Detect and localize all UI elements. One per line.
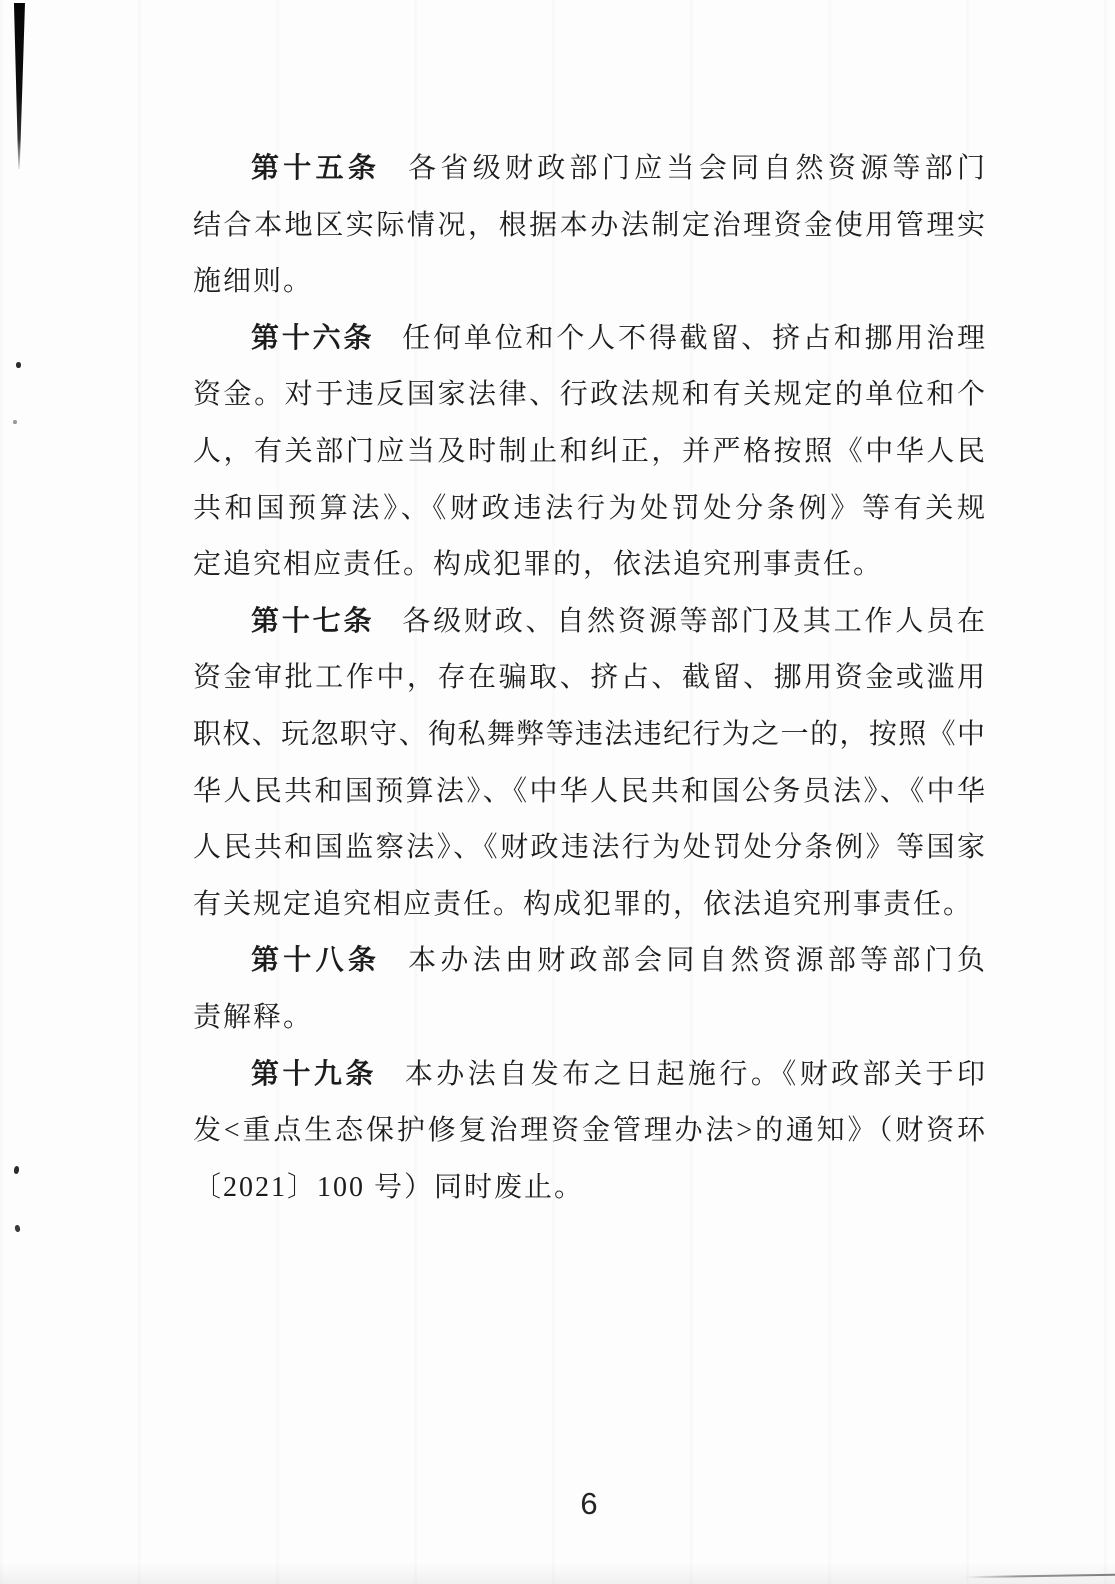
line-text: 人民共和国监察法》、《财政违法行为处罚处分条例》等国家	[193, 832, 985, 863]
text-line: 职权、玩忽职守、徇私舞弊等违法违纪行为之一的，按照《中	[193, 707, 985, 764]
line-text: 定追究相应责任。构成犯罪的，依法追究刑事责任。	[193, 549, 883, 580]
line-text: 本办法自发布之日起施行。《财政部关于印	[405, 1059, 985, 1090]
line-text: 〔2021〕100 号）同时废止。	[193, 1172, 584, 1203]
article-number: 第十九条	[251, 1059, 377, 1090]
article-first-line: 第十六条任何单位和个人不得截留、挤占和挪用治理	[193, 311, 985, 368]
line-text: 发<重点生态保护修复治理资金管理办法>的通知》（财资环	[193, 1115, 985, 1146]
text-line: 发<重点生态保护修复治理资金管理办法>的通知》（财资环	[193, 1103, 985, 1160]
scan-line-artifact	[965, 1574, 1115, 1579]
text-line: 共和国预算法》、《财政违法行为处罚处分条例》等有关规	[193, 481, 985, 538]
line-text: 有关规定追究相应责任。构成犯罪的，依法追究刑事责任。	[193, 889, 973, 920]
text-line: 华人民共和国预算法》、《中华人民共和国公务员法》、《中华	[193, 764, 985, 821]
text-line: 有关规定追究相应责任。构成犯罪的，依法追究刑事责任。	[193, 877, 985, 934]
article-first-line: 第十七条各级财政、自然资源等部门及其工作人员在	[193, 594, 985, 651]
scan-smear-artifact	[0, 1562, 1115, 1584]
scan-speck-artifact	[13, 1166, 19, 1175]
article-first-line: 第十九条本办法自发布之日起施行。《财政部关于印	[193, 1047, 985, 1104]
line-text: 华人民共和国预算法》、《中华人民共和国公务员法》、《中华	[193, 776, 985, 807]
scan-speck-artifact	[14, 1225, 20, 1233]
text-line: 定追究相应责任。构成犯罪的，依法追究刑事责任。	[193, 537, 985, 594]
line-text: 责解释。	[193, 1002, 313, 1033]
article-number: 第十七条	[251, 606, 374, 637]
text-line: 人，有关部门应当及时制止和纠正，并严格按照《中华人民	[193, 424, 985, 481]
article-number: 第十八条	[251, 945, 380, 976]
line-text: 任何单位和个人不得截留、挤占和挪用治理	[402, 323, 985, 354]
line-text: 资金审批工作中，存在骗取、挤占、截留、挪用资金或滥用	[193, 662, 985, 693]
page-number: 6	[193, 1486, 985, 1522]
line-text: 各省级财政部门应当会同自然资源等部门	[408, 153, 985, 184]
article-first-line: 第十八条本办法由财政部会同自然资源部等部门负	[193, 933, 985, 990]
text-line: 责解释。	[193, 990, 985, 1047]
scanned-document-page: 第十五条各省级财政部门应当会同自然资源等部门结合本地区实际情况，根据本办法制定治…	[0, 0, 1115, 1584]
line-text: 共和国预算法》、《财政违法行为处罚处分条例》等有关规	[193, 493, 985, 524]
text-block: 第十五条各省级财政部门应当会同自然资源等部门结合本地区实际情况，根据本办法制定治…	[193, 141, 985, 1216]
scan-speck-artifact	[16, 362, 21, 368]
text-line: 资金。对于违反国家法律、行政法规和有关规定的单位和个	[193, 367, 985, 424]
line-text: 人，有关部门应当及时制止和纠正，并严格按照《中华人民	[193, 436, 985, 467]
scan-speck-artifact	[13, 420, 17, 424]
text-line: 〔2021〕100 号）同时废止。	[193, 1160, 985, 1217]
line-text: 结合本地区实际情况，根据本办法制定治理资金使用管理实	[193, 210, 985, 241]
line-text: 职权、玩忽职守、徇私舞弊等违法违纪行为之一的，按照《中	[193, 719, 985, 750]
article-number: 第十五条	[251, 153, 380, 184]
line-text: 本办法由财政部会同自然资源部等部门负	[408, 945, 985, 976]
text-line: 人民共和国监察法》、《财政违法行为处罚处分条例》等国家	[193, 820, 985, 877]
text-line: 施细则。	[193, 254, 985, 311]
article-number: 第十六条	[251, 323, 374, 354]
line-text: 资金。对于违反国家法律、行政法规和有关规定的单位和个	[193, 379, 985, 410]
line-text: 施细则。	[193, 266, 313, 297]
text-line: 资金审批工作中，存在骗取、挤占、截留、挪用资金或滥用	[193, 650, 985, 707]
line-text: 各级财政、自然资源等部门及其工作人员在	[402, 606, 985, 637]
scan-streak-artifact	[13, 3, 25, 169]
article-first-line: 第十五条各省级财政部门应当会同自然资源等部门	[193, 141, 985, 198]
text-line: 结合本地区实际情况，根据本办法制定治理资金使用管理实	[193, 198, 985, 255]
